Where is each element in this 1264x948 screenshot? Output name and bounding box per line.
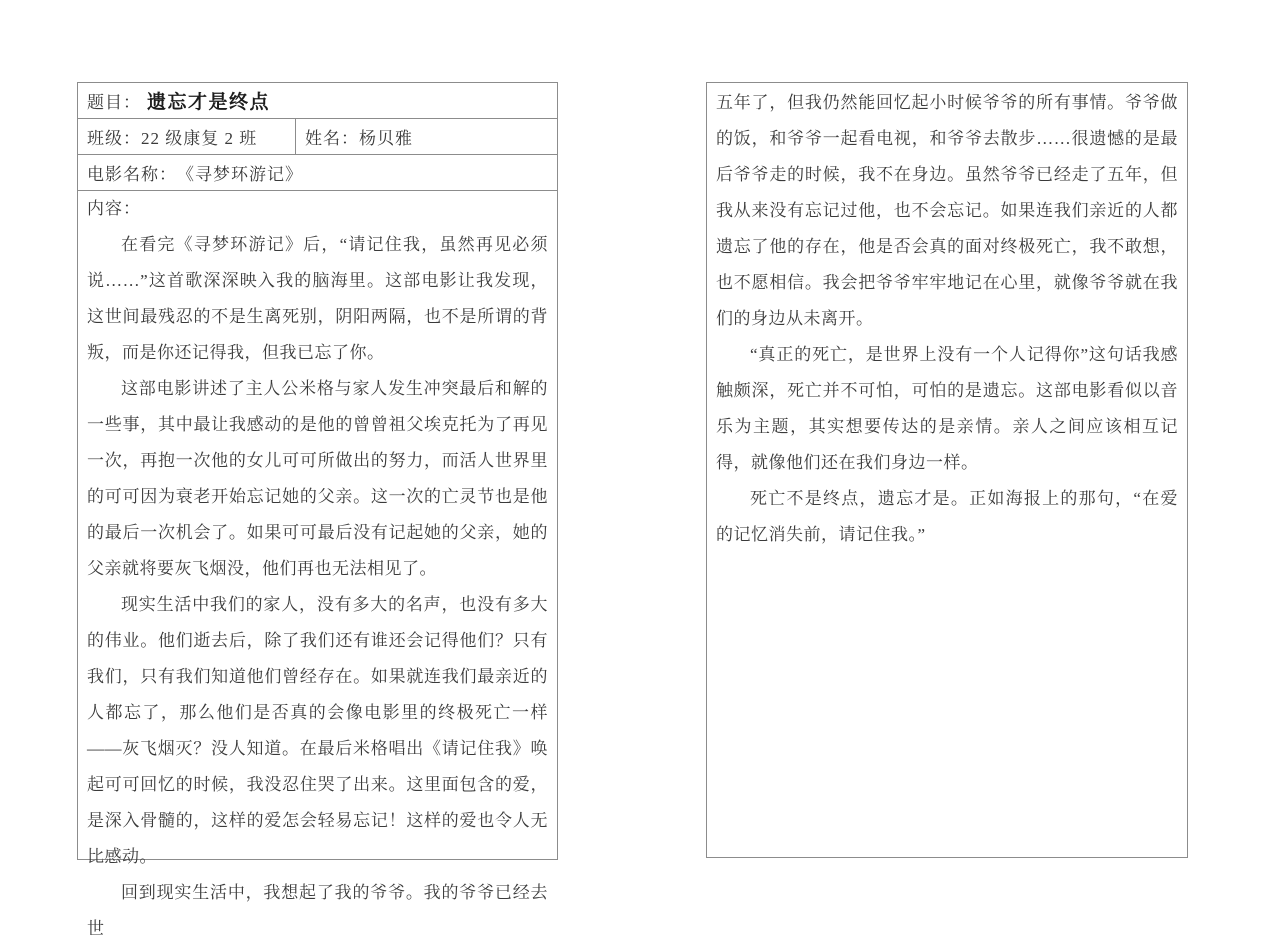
title-row: 题目： 遗忘才是终点 bbox=[78, 83, 557, 119]
name-cell: 姓名： 杨贝雅 bbox=[296, 119, 557, 154]
essay-paragraph-4-start: 回到现实生活中，我想起了我的爷爷。我的爷爷已经去世 bbox=[87, 875, 548, 947]
class-name-row: 班级： 22 级康复 2 班 姓名： 杨贝雅 bbox=[78, 119, 557, 155]
document-canvas: 题目： 遗忘才是终点 班级： 22 级康复 2 班 姓名： 杨贝雅 电影名称： … bbox=[0, 0, 1264, 948]
movie-label: 电影名称： bbox=[87, 160, 177, 185]
content-label: 内容： bbox=[87, 191, 548, 227]
class-label: 班级： bbox=[87, 124, 141, 149]
class-value: 22 级康复 2 班 bbox=[141, 124, 257, 149]
essay-paragraph-4-continued: 五年了，但我仍然能回忆起小时候爷爷的所有事情。爷爷做的饭，和爷爷一起看电视，和爷… bbox=[716, 85, 1178, 337]
title-label: 题目： bbox=[87, 88, 141, 113]
essay-paragraph-3: 现实生活中我们的家人，没有多大的名声，也没有多大的伟业。他们逝去后，除了我们还有… bbox=[87, 587, 548, 875]
left-page: 题目： 遗忘才是终点 班级： 22 级康复 2 班 姓名： 杨贝雅 电影名称： … bbox=[77, 82, 558, 860]
essay-content-left: 内容： 在看完《寻梦环游记》后，“请记住我，虽然再见必须说……”这首歌深深映入我… bbox=[78, 191, 557, 947]
class-cell: 班级： 22 级康复 2 班 bbox=[78, 119, 296, 154]
title-value: 遗忘才是终点 bbox=[147, 87, 270, 114]
title-cell: 题目： 遗忘才是终点 bbox=[78, 83, 557, 118]
right-page: 五年了，但我仍然能回忆起小时候爷爷的所有事情。爷爷做的饭，和爷爷一起看电视，和爷… bbox=[706, 82, 1188, 858]
movie-cell: 电影名称： 《寻梦环游记》 bbox=[78, 155, 557, 190]
essay-paragraph-1: 在看完《寻梦环游记》后，“请记住我，虽然再见必须说……”这首歌深深映入我的脑海里… bbox=[87, 227, 548, 371]
essay-paragraph-2: 这部电影讲述了主人公米格与家人发生冲突最后和解的一些事，其中最让我感动的是他的曾… bbox=[87, 371, 548, 587]
essay-paragraph-5: “真正的死亡，是世界上没有一个人记得你”这句话我感触颇深，死亡并不可怕，可怕的是… bbox=[716, 337, 1178, 481]
movie-value: 《寻梦环游记》 bbox=[177, 160, 303, 185]
name-label: 姓名： bbox=[305, 124, 359, 149]
essay-paragraph-6: 死亡不是终点，遗忘才是。正如海报上的那句，“在爱的记忆消失前，请记住我。” bbox=[716, 481, 1178, 553]
name-value: 杨贝雅 bbox=[359, 124, 413, 149]
movie-row: 电影名称： 《寻梦环游记》 bbox=[78, 155, 557, 191]
